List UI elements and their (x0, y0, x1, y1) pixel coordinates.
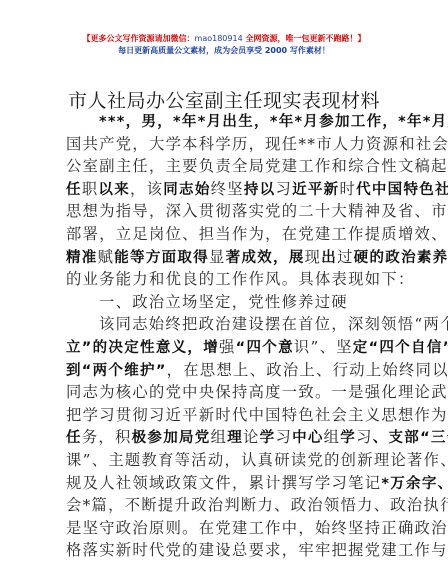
text-segment: 持以 (244, 182, 276, 198)
text-line: 是坚守政治原则。在党建工作中，始终坚持正确政治方向，严 (66, 517, 384, 540)
text-segment: 同志为核心的党中央保持高度一致。一是强化理论武装。坚持 (66, 383, 448, 401)
text-segment: 精准 (66, 250, 98, 266)
text-line: 国共产党，大学本科学历，现任**市人力资源和社会保障局办 (66, 133, 384, 156)
text-line: 会*篇，不断提升政治判断力、政治领悟力、政治执行力。二 (66, 494, 384, 517)
text-line: 把学习贯彻习近平新时代中国特色社会主义思想作为首要政治 (66, 404, 384, 427)
text-segment: 是坚守政治原则。在党建工作中，始终坚持正确政治方向，严 (66, 519, 448, 537)
text-line: 该同志始终把政治建设摆在首位，深刻领悟“两个确 (66, 313, 384, 336)
text-line: 规及人社领域政策文件，累计撰写学习笔记*万余字、心得体 (66, 472, 384, 495)
text-segment: 识”、坚 (294, 338, 353, 356)
text-segment: 理 (227, 430, 243, 446)
text-segment: 职 (82, 180, 99, 198)
text-line: 任职以来，该同志始终坚持以习近平新时代中国特色社会主义 (66, 178, 384, 201)
text-line: ***，男，*年*月出生，*年*月参加工作，*年*月加入中 (66, 110, 384, 133)
text-segment: 规及人社领域政策文件，累计撰写学习笔记 (66, 474, 381, 492)
text-segment: 组 (324, 428, 341, 446)
text-segment: 务，积 (82, 428, 132, 446)
text-segment: 出 (321, 250, 337, 266)
text-line: 同志为核心的党中央保持高度一致。一是强化理论武装。坚持 (66, 381, 384, 404)
text-segment: 以来 (98, 182, 130, 198)
text-line: 一、政治立场坚定，党性修养过硬 (66, 291, 384, 314)
text-line: 精准赋能等方面取得显著成效，展现出过硬的政治素养、扎实 (66, 246, 384, 269)
text-segment: 显 (209, 248, 226, 266)
text-segment: 代中国特色社会主 (356, 182, 448, 198)
text-segment: 强 (219, 338, 236, 356)
text-line: 的业务能力和优良的工作作风。具体表现如下： (66, 268, 384, 291)
text-segment: 会*篇，不断提升政治判断力、政治领悟力、政治执行力。二 (66, 496, 448, 514)
promo-text-b: 全网资源，唯一包更新不跑路！】 (243, 34, 366, 43)
text-segment: 把学习贯彻习近平新时代中国特色社会主义思想作为首要政治 (66, 406, 448, 424)
text-segment: ，在思想上、政治上、行动上始终同以习近平 (167, 361, 448, 379)
wechat-id: mao180914 (195, 34, 243, 43)
document-body: ***，男，*年*月出生，*年*月参加工作，*年*月加入中国共产党，大学本科学历… (66, 110, 384, 562)
text-line: 部署，立足岗位、担当作为，在党建工作提质增效、文稿服务 (66, 223, 384, 246)
text-segment: 到“两个维护” (66, 363, 167, 379)
text-segment: 思想为指导，深入贯彻落实党的二十大精神及省、市相关决策 (66, 202, 448, 220)
document-title: 市人社局办公室副主任现实表现材料 (0, 86, 448, 113)
text-segment: 论 (243, 428, 260, 446)
text-segment: 习 (275, 180, 292, 198)
text-segment: ***，男，*年*月出生，*年*月参加工作，*年*月加入中 (99, 114, 448, 130)
text-segment: 立”的决定性意义，增 (66, 340, 219, 356)
text-segment: 同志始 (163, 182, 210, 198)
text-segment: 近平新 (292, 182, 339, 198)
text-segment: 中心 (292, 430, 324, 446)
text-segment: “四个意 (236, 340, 294, 356)
text-segment: 时 (339, 180, 356, 198)
text-line: 到“两个维护”，在思想上、政治上、行动上始终同以习近平 (66, 359, 384, 382)
text-segment: 能等方面取得 (114, 250, 209, 266)
text-segment: 过 (337, 248, 354, 266)
text-segment: 现 (305, 248, 322, 266)
text-segment: 学 (260, 430, 276, 446)
promo-banner-line2: 每日更新高质量公文素材，成为会员享受 2000 写作素材！ (0, 45, 448, 56)
text-segment: 组 (211, 428, 228, 446)
text-segment: 终坚 (211, 180, 244, 198)
text-segment: 习 (356, 428, 373, 446)
text-segment: 极参加局党 (132, 430, 211, 446)
text-segment: 任 (66, 182, 82, 198)
text-line: 公室副主任，主要负责全局党建工作和综合性文稿起草工作。 (66, 155, 384, 178)
text-segment: 部署，立足岗位、担当作为，在党建工作提质增效、文稿服务 (66, 225, 448, 243)
text-segment: 著成效，展 (226, 250, 305, 266)
text-segment: 一、政治立场坚定，党性修养过硬 (99, 293, 348, 311)
promo-text-a: 【更多公文写作资源请加微信： (83, 34, 195, 43)
text-segment: 课”、主题教育等活动，认真研读党的创新理论著作、党章党 (66, 451, 448, 469)
text-line: 思想为指导，深入贯彻落实党的二十大精神及省、市相关决策 (66, 200, 384, 223)
text-segment: ，该 (130, 180, 163, 198)
text-segment: 、支部“三会一 (373, 430, 448, 446)
text-segment: 公室副主任，主要负责全局党建工作和综合性文稿起草工作。 (66, 157, 448, 175)
text-segment: 硬的政治素养、扎 (354, 250, 448, 266)
text-segment: 定“四个自信”、做 (353, 340, 448, 356)
text-segment: 学 (340, 430, 356, 446)
text-segment: 任 (66, 430, 82, 446)
page-number: 1 (0, 547, 448, 558)
text-segment: 国共产党，大学本科学历，现任**市人力资源和社会保障局办 (66, 135, 448, 153)
text-segment: 赋 (98, 248, 115, 266)
text-line: 任务，积极参加局党组理论学习中心组学习、支部“三会一 (66, 426, 384, 449)
text-segment: 习 (275, 428, 292, 446)
text-segment: 的业务能力和优良的工作作风。具体表现如下： (66, 270, 415, 288)
text-line: 课”、主题教育等活动，认真研读党的创新理论著作、党章党 (66, 449, 384, 472)
text-segment: *万余字、心得体 (381, 476, 448, 492)
text-segment: 该同志始终把政治建设摆在首位，深刻领悟“两个确 (99, 315, 448, 333)
text-line: 立”的决定性意义，增强“四个意识”、坚定“四个自信”、做 (66, 336, 384, 359)
promo-banner-line1: 【更多公文写作资源请加微信：mao180914 全网资源，唯一包更新不跑路！】 (0, 33, 448, 44)
